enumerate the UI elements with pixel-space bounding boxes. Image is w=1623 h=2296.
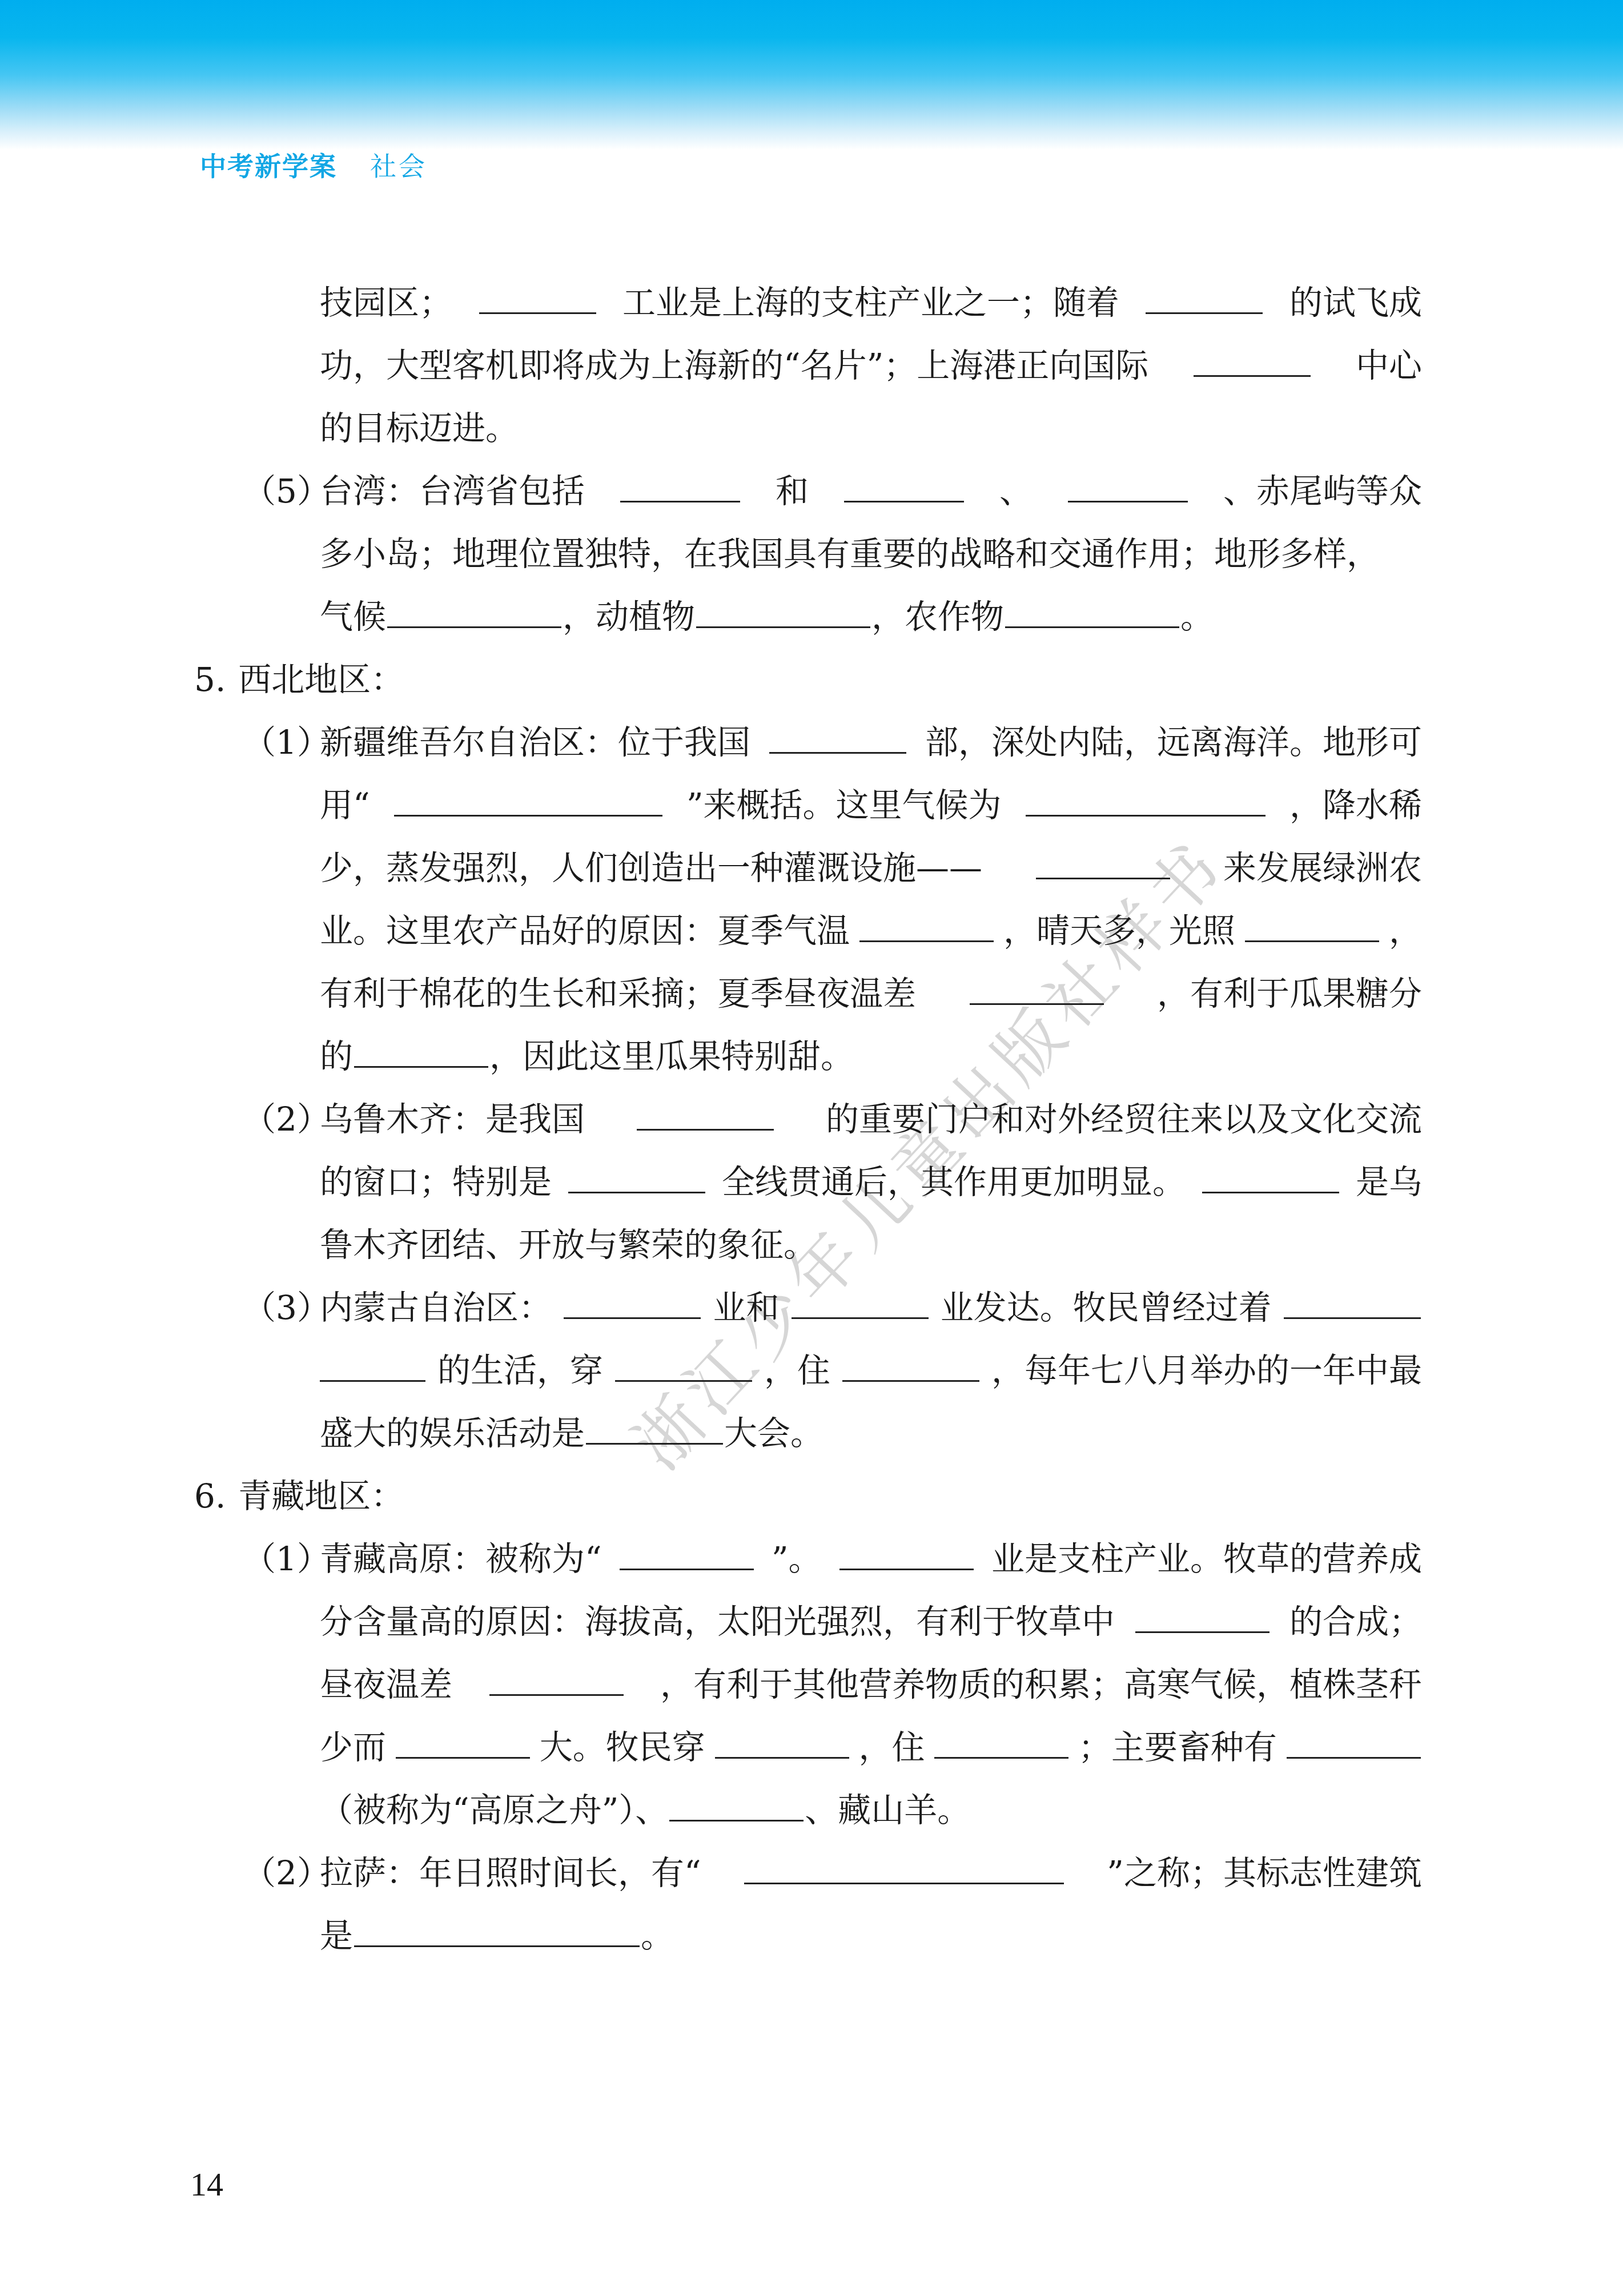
item-label: （3） (243, 1288, 330, 1328)
text-segment: 昼夜温差 (320, 1664, 452, 1704)
fill-blank[interactable] (479, 283, 596, 314)
text-segment: 中心 (1356, 345, 1422, 385)
section-number: 6. (194, 1476, 226, 1516)
text-segment: 的 (320, 1036, 353, 1076)
text-line: 气候 ，动植物 ，农作物 。 (320, 597, 1214, 637)
text-segment: 。 (641, 1916, 674, 1956)
text-line: 青藏高原：被称为“ ”。 业是支柱产业。牧草的营养成 (320, 1539, 1422, 1579)
fill-blank[interactable] (1135, 1602, 1270, 1633)
text-segment: 业发达。牧民曾经过着 (941, 1288, 1272, 1328)
text-segment: 。 (1180, 597, 1214, 637)
text-segment: 青藏高原：被称为“ (320, 1539, 602, 1579)
fill-blank[interactable] (586, 1413, 723, 1445)
fill-blank[interactable] (1194, 345, 1311, 377)
fill-blank[interactable] (637, 1099, 774, 1131)
book-series-title: 中考新学案 (200, 146, 337, 183)
text-segment: ，因此这里瓜果特别甜。 (489, 1036, 854, 1076)
text-segment: 的重要门户和对外经贸往来以及文化交流 (826, 1099, 1422, 1139)
text-segment: 的生活，穿 (437, 1350, 603, 1390)
text-segment: 内蒙古自治区： (320, 1288, 552, 1328)
text-segment: ，有利于其他营养物质的积累；高寒气候，植株茎秆 (660, 1664, 1422, 1704)
fill-blank[interactable] (970, 974, 1104, 1005)
text-line: 台湾：台湾省包括 和 、 、赤尾屿等众 (320, 471, 1422, 511)
subject-label: 社会 (370, 146, 427, 183)
text-segment: 分含量高的原因：海拔高，太阳光强烈，有利于牧草中 (320, 1602, 1115, 1642)
text-segment: 、 (999, 471, 1033, 511)
text-line: 拉萨：年日照时间长，有“ ”之称；其标志性建筑 (320, 1853, 1422, 1893)
fill-blank[interactable] (394, 785, 662, 817)
text-segment: 来发展绿洲农 (1223, 848, 1422, 888)
fill-blank[interactable] (934, 1727, 1068, 1759)
text-segment: 乌鲁木齐：是我国 (320, 1099, 585, 1139)
item-label: （2） (243, 1853, 330, 1893)
fill-blank[interactable] (715, 1727, 849, 1759)
text-segment: ， (1389, 911, 1422, 951)
text-segment: ，住 (764, 1350, 830, 1390)
text-segment: 、赤尾屿等众 (1223, 471, 1422, 511)
fill-blank[interactable] (489, 1664, 624, 1696)
text-segment: 的合成； (1289, 1602, 1422, 1642)
text-segment: 业。这里农产品好的原因：夏季气温 (320, 911, 850, 951)
fill-blank[interactable] (568, 1162, 705, 1193)
text-segment: ，住 (858, 1727, 925, 1767)
item-label: （1） (243, 722, 330, 762)
text-line: 的目标迈进。 (320, 408, 519, 448)
header-gradient-band (0, 0, 1623, 150)
text-segment: ，农作物 (871, 597, 1004, 637)
fill-blank[interactable] (669, 1790, 804, 1821)
page-number: 14 (190, 2165, 223, 2203)
running-head: 中考新学案 社会 (200, 147, 427, 182)
text-segment: ”来概括。这里气候为 (686, 785, 1002, 825)
text-segment: 技园区； (320, 283, 452, 323)
fill-blank[interactable] (1245, 911, 1379, 942)
text-line: 乌鲁木齐：是我国 的重要门户和对外经贸往来以及文化交流 (320, 1099, 1422, 1139)
fill-blank[interactable] (842, 1350, 979, 1382)
text-segment: 的目标迈进。 (320, 408, 519, 448)
text-line: 功，大型客机即将成为上海新的“名片”；上海港正向国际 中心 (320, 345, 1422, 385)
text-segment: 业是支柱产业。牧草的营养成 (991, 1539, 1422, 1579)
fill-blank[interactable] (1036, 848, 1170, 879)
section-heading: 6. 青藏地区： (194, 1476, 404, 1516)
text-line: 少，蒸发强烈，人们创造出一种灌溉设施—— 来发展绿洲农 (320, 848, 1422, 888)
fill-blank[interactable] (1202, 1162, 1339, 1193)
fill-blank[interactable] (620, 471, 740, 502)
fill-blank[interactable] (1068, 471, 1188, 502)
fill-blank[interactable] (1284, 1288, 1421, 1319)
fill-blank[interactable] (744, 1853, 1064, 1884)
text-segment: 功，大型客机即将成为上海新的“名片”；上海港正向国际 (320, 345, 1148, 385)
text-segment: 、藏山羊。 (805, 1790, 970, 1830)
text-segment: 新疆维吾尔自治区：位于我国 (320, 722, 750, 762)
fill-blank[interactable] (844, 471, 964, 502)
text-segment: 和 (776, 471, 809, 511)
text-segment: 少而 (320, 1727, 386, 1767)
text-line: 业。这里农产品好的原因：夏季气温 ，晴天多，光照 ， (320, 911, 1422, 951)
text-segment: 大。牧民穿 (540, 1727, 705, 1767)
text-segment: 的窗口；特别是 (320, 1162, 552, 1202)
fill-blank[interactable] (839, 1539, 974, 1570)
text-line: 鲁木齐团结、开放与繁荣的象征。 (320, 1225, 817, 1265)
text-line: 分含量高的原因：海拔高，太阳光强烈，有利于牧草中 的合成； (320, 1602, 1422, 1642)
fill-blank[interactable] (1287, 1727, 1421, 1759)
fill-blank[interactable] (320, 1350, 425, 1382)
fill-blank[interactable] (696, 597, 870, 628)
text-segment: 业和 (713, 1288, 779, 1328)
text-segment: 鲁木齐团结、开放与繁荣的象征。 (320, 1225, 817, 1265)
text-line: 是 。 (320, 1916, 674, 1956)
fill-blank[interactable] (354, 1916, 640, 1947)
fill-blank[interactable] (769, 722, 906, 754)
text-segment: ，每年七八月举办的一年中最 (991, 1350, 1422, 1390)
text-line: 技园区； 工业是上海的支柱产业之一；随着 的试飞成 (320, 283, 1422, 323)
text-segment: ，动植物 (563, 597, 695, 637)
section-number: 5. (194, 660, 226, 699)
section-heading: 5. 西北地区： (194, 660, 404, 699)
text-segment: 多小岛；地理位置独特，在我国具有重要的战略和交通作用；地形多样， (320, 534, 1380, 574)
text-segment: ，降水稀 (1289, 785, 1422, 825)
fill-blank[interactable] (564, 1288, 701, 1319)
section-title: 青藏地区： (238, 1476, 404, 1516)
text-segment: 盛大的娱乐活动是 (320, 1413, 585, 1453)
text-segment: 少，蒸发强烈，人们创造出一种灌溉设施—— (320, 848, 982, 888)
item-label: （1） (243, 1539, 330, 1579)
text-segment: 部，深处内陆，远离海洋。地形可 (925, 722, 1422, 762)
text-segment: 工业是上海的支柱产业之一；随着 (622, 283, 1119, 323)
text-line: 内蒙古自治区： 业和 业发达。牧民曾经过着 (320, 1288, 1422, 1328)
text-line: 盛大的娱乐活动是 大会。 (320, 1413, 823, 1453)
text-segment: ，晴天多，光照 (1003, 911, 1235, 951)
text-segment: 有利于棉花的生长和采摘；夏季昼夜温差 (320, 974, 916, 1014)
item-label: （2） (243, 1099, 330, 1139)
text-line: 的窗口；特别是 全线贯通后，其作用更加明显。 是乌 (320, 1162, 1422, 1202)
text-line: 用“ ”来概括。这里气候为 ，降水稀 (320, 785, 1422, 825)
text-line: （被称为“高原之舟”）、 、藏山羊。 (320, 1790, 970, 1830)
text-segment: 气候 (320, 597, 386, 637)
text-segment: 是乌 (1356, 1162, 1422, 1202)
text-segment: 的试飞成 (1289, 283, 1422, 323)
text-line: 的生活，穿 ，住 ，每年七八月举办的一年中最 (320, 1350, 1422, 1390)
text-line: 有利于棉花的生长和采摘；夏季昼夜温差 ，有利于瓜果糖分 (320, 974, 1422, 1014)
fill-blank[interactable] (396, 1727, 530, 1759)
text-line: 的 ，因此这里瓜果特别甜。 (320, 1036, 854, 1076)
fill-blank[interactable] (1026, 785, 1266, 817)
text-segment: 全线贯通后，其作用更加明显。 (722, 1162, 1186, 1202)
item-label: （5） (243, 471, 330, 511)
text-segment: 大会。 (724, 1413, 823, 1453)
text-segment: ；主要畜种有 (1078, 1727, 1277, 1767)
text-segment: 是 (320, 1916, 353, 1956)
text-line: 多小岛；地理位置独特，在我国具有重要的战略和交通作用；地形多样， (320, 534, 1422, 574)
fill-blank[interactable] (792, 1288, 929, 1319)
fill-blank[interactable] (387, 597, 561, 628)
fill-blank[interactable] (615, 1350, 752, 1382)
sample-watermark: 浙江少年儿童出版社样书 (578, 783, 1272, 1518)
fill-blank[interactable] (620, 1539, 754, 1570)
fill-blank[interactable] (859, 911, 994, 942)
fill-blank[interactable] (1005, 597, 1179, 628)
text-segment: 台湾：台湾省包括 (320, 471, 585, 511)
text-segment: ”之称；其标志性建筑 (1107, 1853, 1422, 1893)
fill-blank[interactable] (1146, 283, 1263, 314)
text-line: 少而 大。牧民穿 ，住 ；主要畜种有 (320, 1727, 1422, 1767)
fill-blank[interactable] (354, 1036, 488, 1068)
text-line: 昼夜温差 ，有利于其他营养物质的积累；高寒气候，植株茎秆 (320, 1664, 1422, 1704)
text-segment: 拉萨：年日照时间长，有“ (320, 1853, 701, 1893)
text-segment: ，有利于瓜果糖分 (1157, 974, 1422, 1014)
text-segment: （被称为“高原之舟”）、 (320, 1790, 668, 1830)
text-segment: 用“ (320, 785, 370, 825)
text-line: 新疆维吾尔自治区：位于我国 部，深处内陆，远离海洋。地形可 (320, 722, 1422, 762)
text-segment: ”。 (772, 1539, 822, 1579)
section-title: 西北地区： (238, 660, 404, 699)
